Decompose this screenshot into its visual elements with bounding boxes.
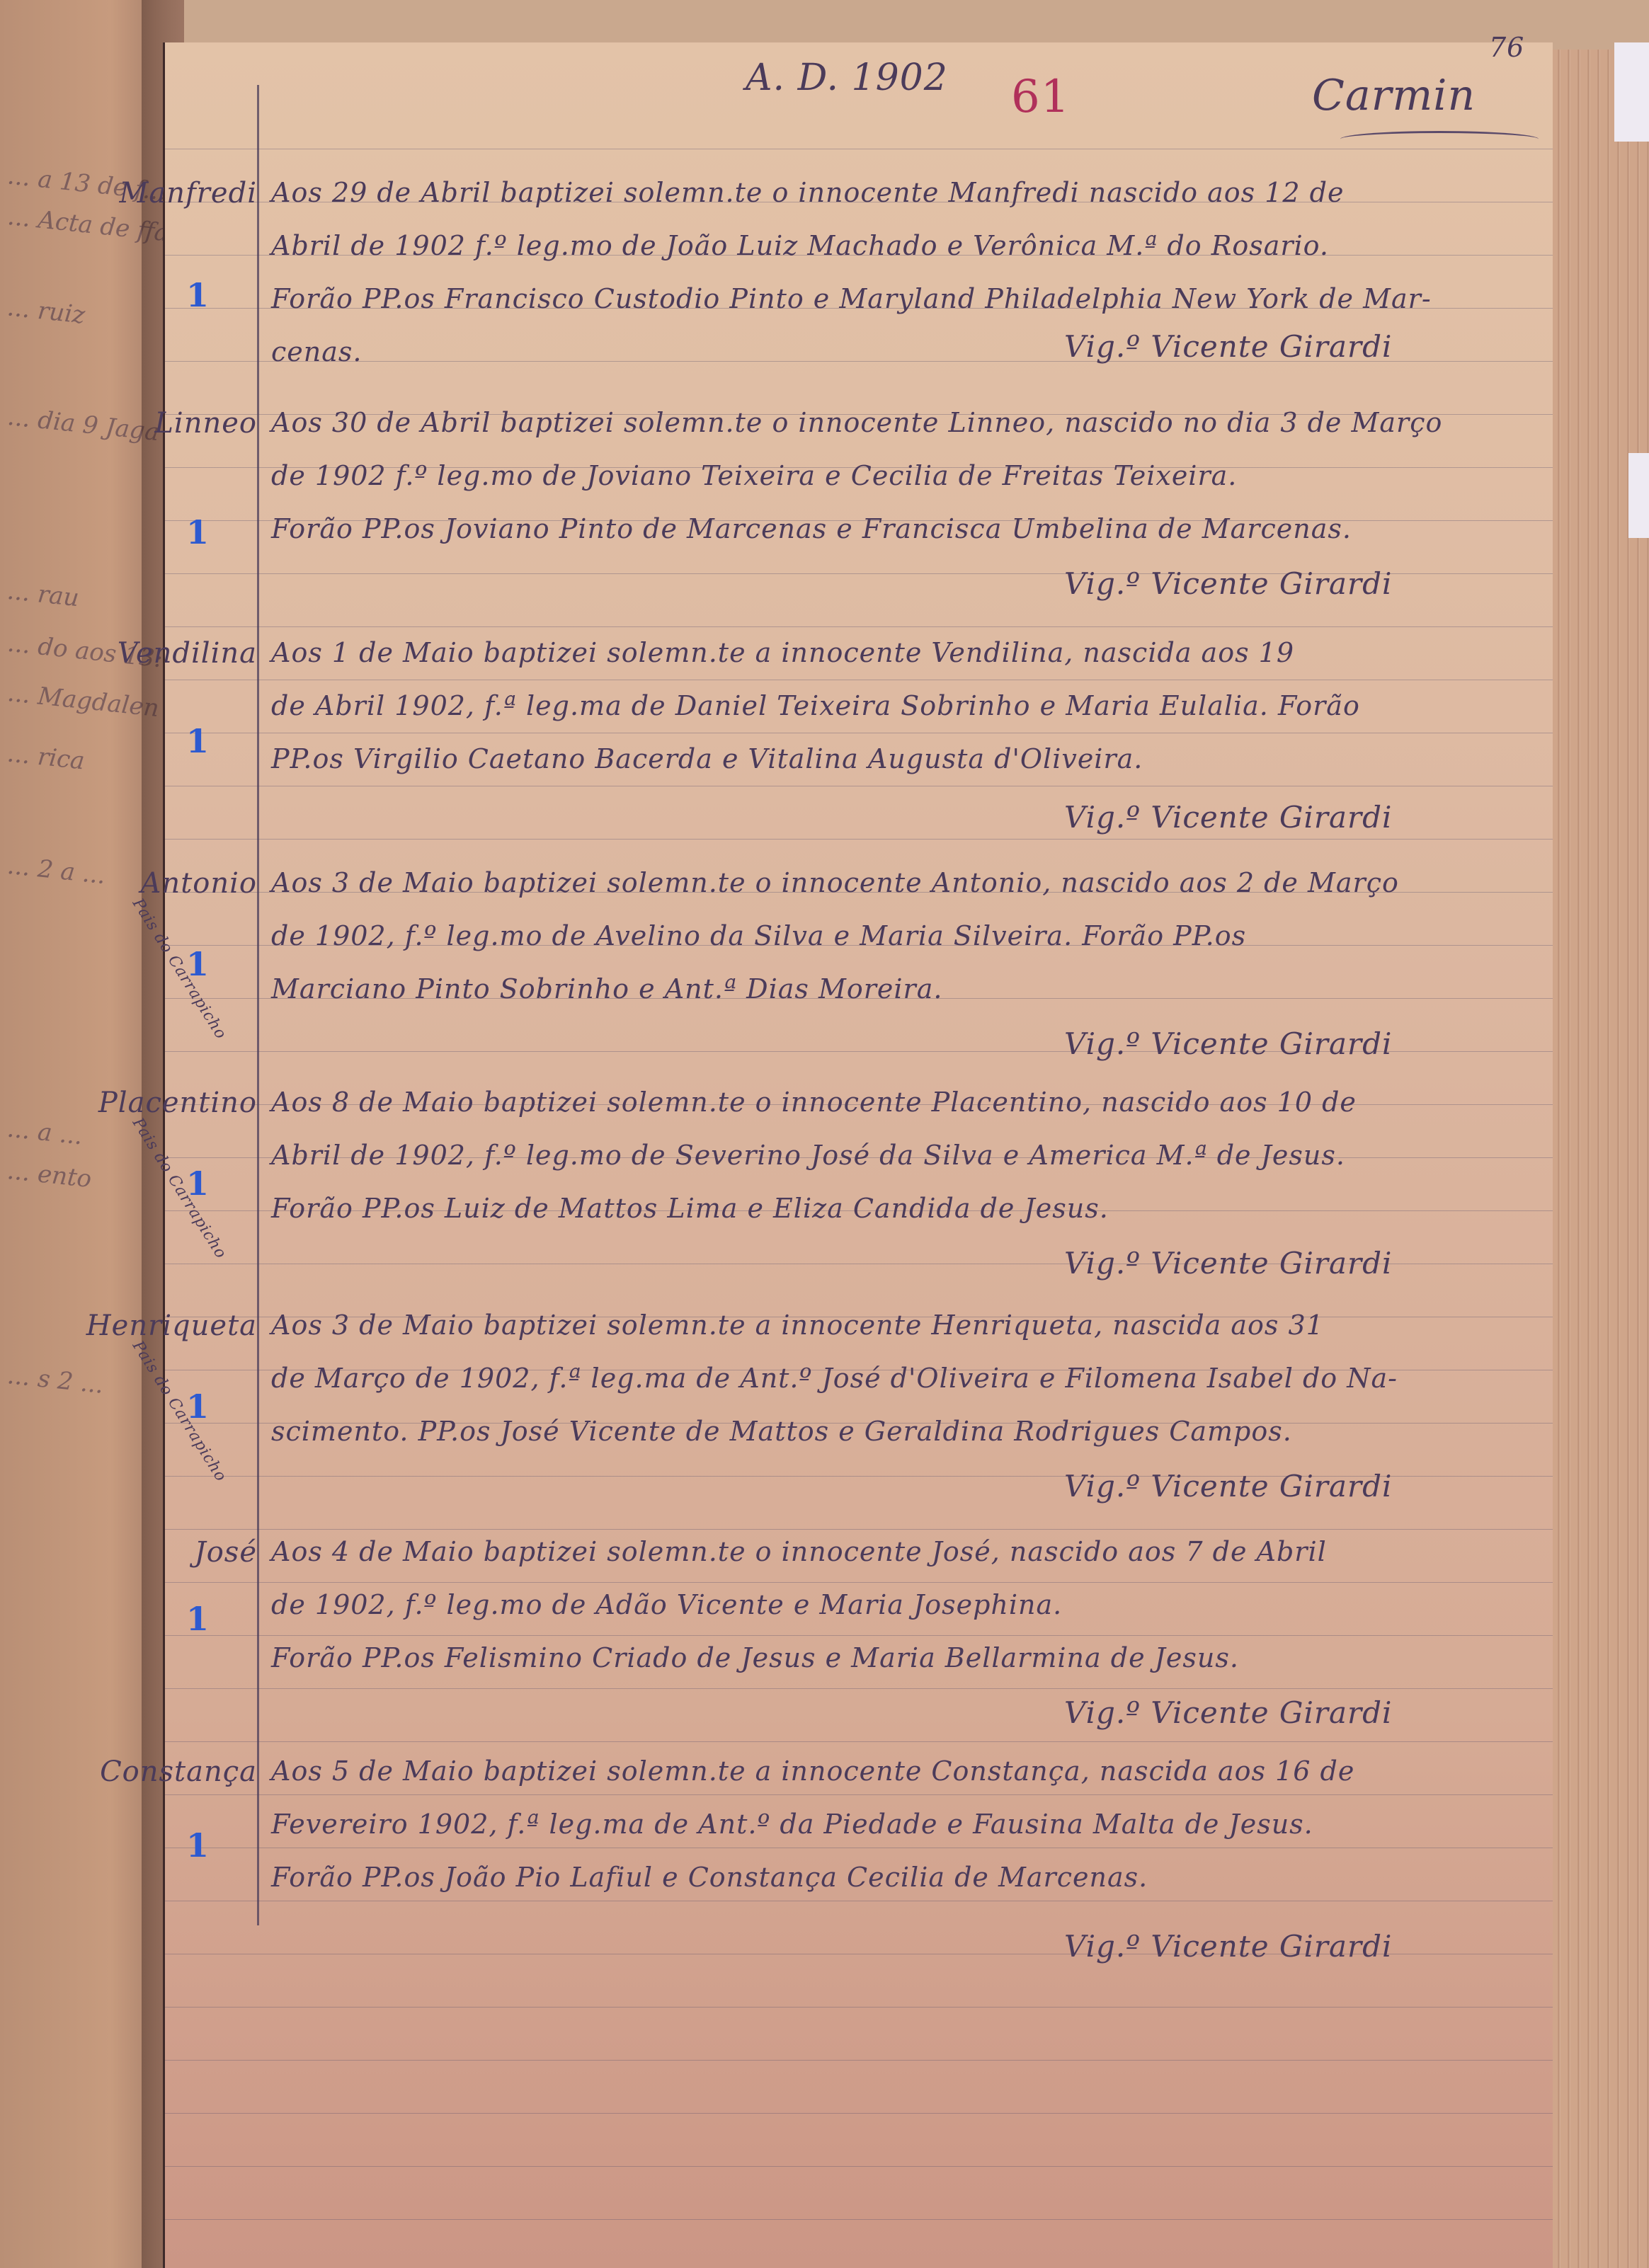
margin-rule (257, 85, 259, 1925)
entry-line: Aos 8 de Maio baptizei solemn.te o innoc… (271, 1087, 1357, 1118)
left-page-text: ... ruiz (6, 293, 86, 329)
signature: Vig.º Vicente Girardi (1064, 1246, 1392, 1281)
page-number: 76 (1489, 32, 1524, 63)
entry-count: 1 (186, 513, 210, 551)
entry-name: José (73, 1536, 257, 1569)
entry-count: 1 (186, 722, 210, 760)
entry-line: Aos 30 de Abril baptizei solemn.te o inn… (271, 407, 1442, 438)
left-page-text: ... s 2 ... (6, 1361, 105, 1399)
entry-line: Marciano Pinto Sobrinho e Ant.ª Dias Mor… (271, 973, 942, 1004)
left-page-text: ... rau (6, 577, 80, 612)
header-flourish (1340, 131, 1539, 147)
entry-line: de 1902 f.º leg.mo de Joviano Teixeira e… (271, 460, 1237, 491)
entry-line: Aos 29 de Abril baptizei solemn.te o inn… (271, 177, 1345, 208)
entry-line: Forão PP.os Luiz de Mattos Lima e Eliza … (271, 1193, 1109, 1224)
entry-line: PP.os Virgilio Caetano Bacerda e Vitalin… (271, 743, 1143, 774)
page-stack-edge (1551, 50, 1649, 2268)
entry-line: Aos 4 de Maio baptizei solemn.te o innoc… (271, 1536, 1327, 1567)
entry-count: 1 (186, 1826, 210, 1865)
entry-line: Forão PP.os João Pio Lafiul e Constança … (271, 1862, 1148, 1893)
entry-line: de 1902, f.º leg.mo de Adão Vicente e Ma… (271, 1589, 1062, 1620)
signature: Vig.º Vicente Girardi (1064, 566, 1392, 601)
left-page-text: ... rica (6, 739, 86, 775)
entry-line: Aos 3 de Maio baptizei solemn.te a innoc… (271, 1310, 1324, 1341)
entry-line: Forão PP.os Francisco Custodio Pinto e M… (271, 283, 1432, 314)
signature: Vig.º Vicente Girardi (1064, 1469, 1392, 1504)
entry-name: Constança (73, 1756, 257, 1788)
header-year: A. D. 1902 (746, 57, 948, 99)
entry-line: Aos 5 de Maio baptizei solemn.te a innoc… (271, 1756, 1354, 1787)
header-place: Carmin (1312, 71, 1476, 120)
entry-line: de Março de 1902, f.ª leg.ma de Ant.º Jo… (271, 1363, 1398, 1394)
entry-line: cenas. (271, 336, 362, 367)
left-page-text: ... Magdalen (6, 679, 160, 723)
entry-line: Abril de 1902, f.º leg.mo de Severino Jo… (271, 1140, 1345, 1171)
entry-line: de Abril 1902, f.ª leg.ma de Daniel Teix… (271, 690, 1360, 721)
entry-name: Linneo (73, 407, 257, 440)
folio-number: 61 (1011, 71, 1070, 123)
entry-count: 1 (186, 1600, 210, 1638)
entry-count: 1 (186, 276, 210, 314)
paper-tab (1614, 42, 1649, 142)
signature: Vig.º Vicente Girardi (1064, 1929, 1392, 1964)
entry-name: Vendilina (73, 637, 257, 670)
entry-count: 1 (186, 1164, 210, 1203)
entry-line: Forão PP.os Joviano Pinto de Marcenas e … (271, 513, 1352, 544)
left-page-text: ... a ... (6, 1115, 84, 1151)
signature: Vig.º Vicente Girardi (1064, 1026, 1392, 1061)
signature: Vig.º Vicente Girardi (1064, 329, 1392, 364)
entry-line: Fevereiro 1902, f.ª leg.ma de Ant.º da P… (271, 1809, 1313, 1840)
register-page: A. D. 1902 61 Carmin 76 Manfredi 1 Aos 2… (163, 42, 1553, 2268)
entry-line: de 1902, f.º leg.mo de Avelino da Silva … (271, 920, 1246, 951)
entry-line: scimento. PP.os José Vicente de Mattos e… (271, 1416, 1292, 1447)
entry-name: Henriqueta (73, 1310, 257, 1342)
entry-count: 1 (186, 1387, 210, 1426)
left-page-text: ... ento (6, 1157, 93, 1193)
entry-count: 1 (186, 945, 210, 983)
entry-line: Aos 3 de Maio baptizei solemn.te o innoc… (271, 867, 1399, 898)
signature: Vig.º Vicente Girardi (1064, 800, 1392, 835)
entry-line: Aos 1 de Maio baptizei solemn.te a innoc… (271, 637, 1294, 668)
paper-tab (1628, 453, 1649, 538)
signature: Vig.º Vicente Girardi (1064, 1695, 1392, 1730)
entry-line: Abril de 1902 f.º leg.mo de João Luiz Ma… (271, 230, 1329, 261)
entry-name: Placentino (73, 1087, 257, 1119)
entry-name: Manfredi (73, 177, 257, 210)
entry-line: Forão PP.os Felismino Criado de Jesus e … (271, 1642, 1239, 1673)
entry-name: Antonio (73, 867, 257, 900)
